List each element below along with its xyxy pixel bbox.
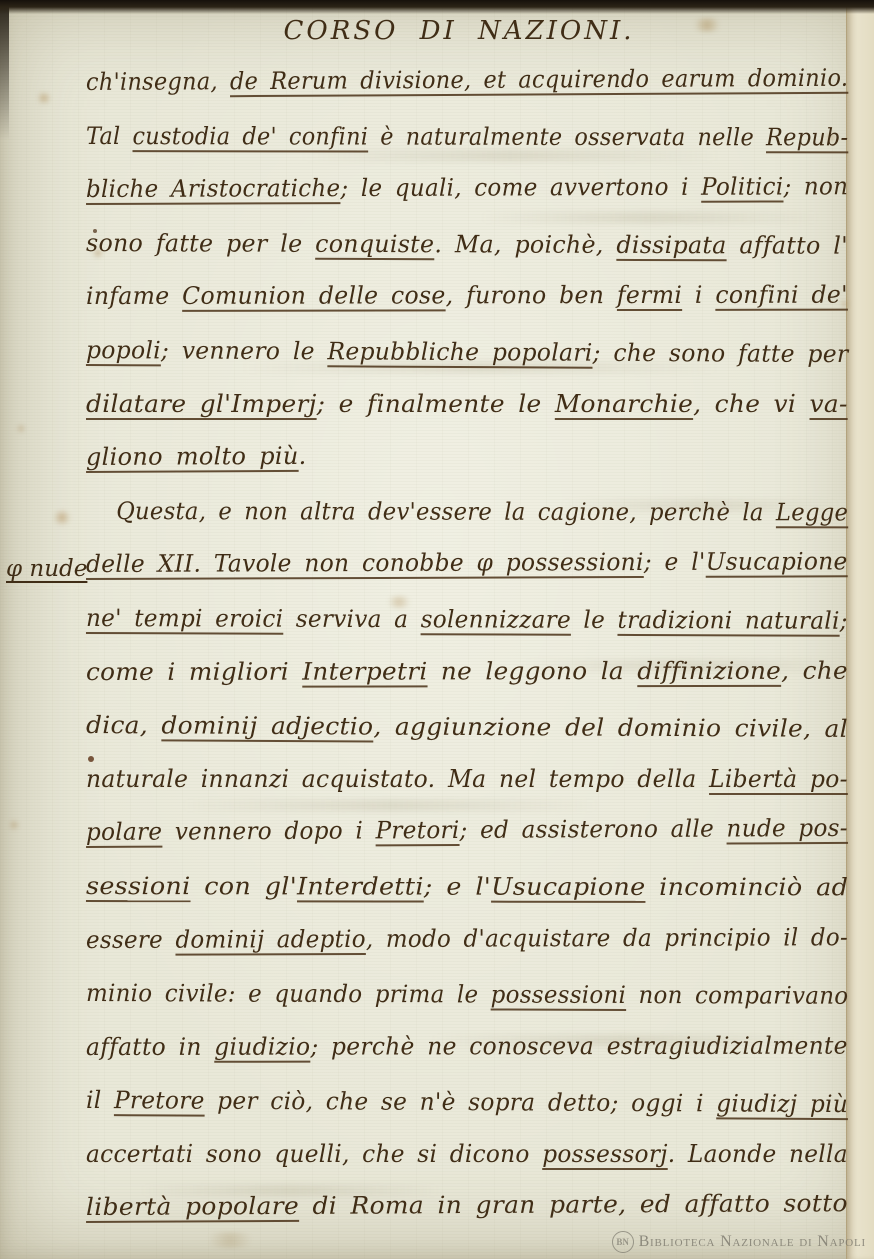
handwritten-text: di Roma in gran parte, ed affatto sotto (299, 1190, 848, 1221)
underlined-phrase: delle XII. Tavole non conobbe φ possessi… (86, 548, 644, 578)
underlined-phrase: dilatare gl'Imperj (86, 390, 317, 418)
foxing-stain (36, 92, 52, 104)
underlined-phrase: diffinizione (637, 656, 781, 684)
underlined-phrase: Pretori (375, 816, 459, 844)
handwritten-text: infame (86, 282, 182, 310)
foxing-stain (8, 820, 20, 830)
manuscript-line-row: dica, dominij adjectio, aggiunzione del … (86, 705, 848, 759)
underlined-phrase: Repubbliche popolari (327, 337, 592, 366)
handwritten-text: naturale innanzi acquistato. Ma nel temp… (86, 765, 709, 793)
underlined-phrase: Usucapione (706, 548, 848, 577)
underlined-phrase: Politici (701, 173, 783, 201)
handwritten-text: incominciò ad (645, 873, 848, 901)
manuscript-line: infame Comunion delle cose, furono ben f… (86, 275, 848, 316)
manuscript-line: dilatare gl'Imperj; e finalmente le Mona… (86, 384, 848, 424)
handwritten-text: con gl' (191, 872, 298, 900)
underlined-phrase: dissipata (616, 231, 726, 259)
underlined-phrase: possessorj (542, 1140, 668, 1168)
manuscript-page: CORSO DI NAZIONI. φ nude ch'insegna, de … (0, 0, 874, 1259)
manuscript-line: accertati sono quelli, che si dicono pos… (86, 1134, 848, 1174)
underlined-phrase: Comunion delle cose (182, 282, 446, 310)
manuscript-line-row: il Pretore per ciò, che se n'è sopra det… (86, 1080, 848, 1134)
underlined-phrase: fermi (617, 281, 682, 309)
handwritten-text: . (299, 442, 307, 470)
underlined-phrase: nude pos- (726, 814, 848, 843)
manuscript-line-row: Tal custodia de' confini è naturalmente … (86, 116, 848, 170)
underlined-phrase: va- (810, 390, 848, 418)
manuscript-line-row: infame Comunion delle cose, furono ben f… (86, 276, 848, 330)
handwritten-text: ; le quali, come avvertono i (340, 173, 701, 202)
library-watermark: BN Biblioteca Nazionale di Napoli (612, 1231, 866, 1253)
manuscript-line: libertà popolare di Roma in gran parte, … (86, 1184, 848, 1228)
underlined-phrase: sessioni (86, 872, 191, 900)
handwritten-text: come i migliori (86, 657, 302, 685)
handwritten-text: serviva a (283, 605, 420, 633)
underlined-phrase: Pretore (114, 1086, 205, 1114)
underlined-phrase: libertà popolare (86, 1192, 299, 1221)
manuscript-line-row: come i migliori Interpetri ne leggono la… (86, 652, 848, 706)
handwritten-text: le (571, 606, 618, 634)
bnn-logo-icon: BN (612, 1231, 634, 1253)
handwritten-text: i (682, 281, 715, 309)
underlined-phrase: giudizj più (716, 1090, 848, 1119)
underlined-phrase: dominij adjectio (161, 712, 373, 741)
underlined-phrase: solennizzare (421, 605, 571, 634)
underlined-phrase: Interdetti (297, 872, 424, 900)
handwritten-text: Questa, e non altra dev'essere la cagion… (116, 497, 776, 526)
handwritten-text: dica, (86, 711, 162, 739)
manuscript-line-row: popoli; vennero le Repubbliche popolari;… (86, 330, 848, 384)
handwritten-text: . Ma, poichè, (434, 230, 616, 259)
handwritten-text: essere (86, 925, 176, 953)
handwritten-text: ; non (783, 172, 848, 200)
manuscript-line: minio civile: e quando prima le possessi… (86, 973, 848, 1016)
handwritten-text: , che vi (693, 390, 809, 418)
handwritten-text: , furono ben (446, 281, 617, 309)
underlined-phrase: Repub- (766, 123, 848, 151)
underlined-phrase: ne' tempi eroici (86, 604, 283, 633)
manuscript-line: naturale innanzi acquistato. Ma nel temp… (86, 759, 848, 799)
handwritten-text: , che (781, 656, 848, 684)
manuscript-line: essere dominij adeptio, modo d'acquistar… (86, 917, 848, 960)
manuscript-line: Questa, e non altra dev'essere la cagion… (86, 491, 848, 532)
manuscript-line-row: accertati sono quelli, che si dicono pos… (86, 1134, 848, 1188)
margin-note: φ nude (6, 556, 87, 582)
underlined-phrase: confini de' (715, 281, 848, 309)
underlined-phrase: Legge (776, 498, 848, 526)
manuscript-line: dica, dominij adjectio, aggiunzione del … (86, 705, 848, 749)
foxing-stain (16, 424, 26, 433)
manuscript-line: polare vennero dopo i Pretori; ed assist… (86, 808, 848, 852)
manuscript-line-row: dilatare gl'Imperj; e finalmente le Mona… (86, 384, 848, 438)
manuscript-line: ne' tempi eroici serviva a solennizzare … (86, 598, 848, 641)
manuscript-line-row: gliono molto più. (86, 437, 848, 491)
manuscript-line-row: Questa, e non altra dev'essere la cagion… (86, 491, 848, 545)
manuscript-line: sessioni con gl'Interdetti; e l'Usucapio… (86, 866, 848, 907)
manuscript-line: il Pretore per ciò, che se n'è sopra det… (86, 1080, 848, 1124)
manuscript-line-row: essere dominij adeptio, modo d'acquistar… (86, 920, 848, 974)
underlined-phrase: bliche Aristocratiche (86, 174, 340, 203)
handwritten-text: ; che sono fatte per (593, 339, 849, 368)
manuscript-text: ch'insegna, de Rerum divisione, et acqui… (86, 62, 848, 1241)
manuscript-line-row: sono fatte per le conquiste. Ma, poichè,… (86, 223, 848, 277)
manuscript-line-row: sessioni con gl'Interdetti; e l'Usucapio… (86, 866, 848, 920)
manuscript-line: Tal custodia de' confini è naturalmente … (86, 116, 848, 157)
underlined-phrase: possessioni (491, 981, 627, 1009)
manuscript-line-row: polare vennero dopo i Pretori; ed assist… (86, 812, 848, 866)
handwritten-text: è naturalmente osservata nelle (368, 122, 766, 151)
watermark-label: Biblioteca Nazionale di Napoli (639, 1233, 866, 1251)
manuscript-line-row: delle XII. Tavole non conobbe φ possessi… (86, 544, 848, 598)
handwritten-text: il (86, 1086, 114, 1114)
handwritten-text: ; e l' (644, 548, 706, 576)
handwritten-text: sono fatte per le (86, 229, 315, 258)
handwritten-text: affatto l' (727, 231, 848, 259)
manuscript-line: sono fatte per le conquiste. Ma, poichè,… (86, 223, 848, 266)
page-left-edge (0, 0, 9, 140)
underlined-phrase: conquiste (315, 230, 434, 258)
manuscript-line: come i migliori Interpetri ne leggono la… (86, 650, 848, 691)
manuscript-line-row: ch'insegna, de Rerum divisione, et acqui… (86, 62, 848, 116)
handwritten-text: . Laonde nella (668, 1140, 848, 1168)
foxing-stain (52, 510, 72, 525)
handwritten-text: ; e l' (424, 872, 491, 900)
handwritten-text: ; perchè ne conosceva estragiudizialment… (310, 1031, 848, 1060)
manuscript-line-row: ne' tempi eroici serviva a solennizzare … (86, 598, 848, 652)
manuscript-line-row: bliche Aristocratiche; le quali, come av… (86, 169, 848, 223)
underlined-phrase: Usucapione (491, 873, 645, 901)
underlined-phrase: de Rerum divisione, et acquirendo earum … (230, 64, 848, 95)
underlined-phrase: tradizioni naturali (617, 606, 839, 635)
handwritten-text: minio civile: e quando prima le (86, 979, 491, 1008)
page-top-edge (0, 0, 874, 14)
manuscript-line: popoli; vennero le Repubbliche popolari;… (86, 330, 849, 374)
manuscript-line-row: affatto in giudizio; perchè ne conosceva… (86, 1027, 848, 1081)
handwritten-text: , aggiunzione del dominio civile, al (373, 713, 848, 743)
underlined-phrase: popoli (86, 336, 161, 364)
manuscript-line: bliche Aristocratiche; le quali, come av… (86, 166, 848, 209)
handwritten-text: Tal (86, 122, 133, 150)
underlined-phrase: custodia de' confini (133, 122, 369, 150)
handwritten-text: ne leggono la (428, 657, 638, 685)
handwritten-text: , modo d'acquistare da principio il do- (366, 923, 848, 953)
underlined-phrase: Interpetri (302, 657, 427, 685)
manuscript-line-row: minio civile: e quando prima le possessi… (86, 973, 848, 1027)
manuscript-line: ch'insegna, de Rerum divisione, et acqui… (86, 58, 848, 102)
underlined-phrase: Monarchie (555, 390, 693, 418)
handwritten-text: ; ed assisterono alle (459, 815, 726, 844)
handwritten-text: ; e finalmente le (317, 390, 555, 418)
handwritten-text: per ciò, che se n'è sopra detto; oggi i (205, 1087, 717, 1118)
handwritten-text: non comparivano (626, 981, 848, 1010)
manuscript-line: gliono molto più. (86, 436, 307, 477)
handwritten-text: accertati sono quelli, che si dicono (86, 1140, 542, 1168)
handwritten-text: affatto in (86, 1032, 214, 1060)
underlined-phrase: polare (86, 818, 162, 846)
handwritten-text: ch'insegna, (86, 67, 230, 96)
handwritten-text: vennero dopo i (162, 817, 375, 846)
underlined-phrase: Libertà po- (709, 765, 848, 793)
handwritten-text: ; (840, 607, 848, 635)
manuscript-line: delle XII. Tavole non conobbe φ possessi… (86, 542, 848, 585)
underlined-phrase: gliono molto più (86, 442, 299, 471)
underlined-phrase: dominij adeptio (175, 924, 366, 953)
adjacent-page-edge (846, 0, 874, 1259)
underlined-phrase: giudizio (214, 1032, 310, 1060)
handwritten-text: ; vennero le (161, 336, 328, 365)
page-title: CORSO DI NAZIONI. (22, 16, 874, 46)
manuscript-line-row: naturale innanzi acquistato. Ma nel temp… (86, 759, 848, 813)
manuscript-line: affatto in giudizio; perchè ne conosceva… (86, 1025, 848, 1066)
